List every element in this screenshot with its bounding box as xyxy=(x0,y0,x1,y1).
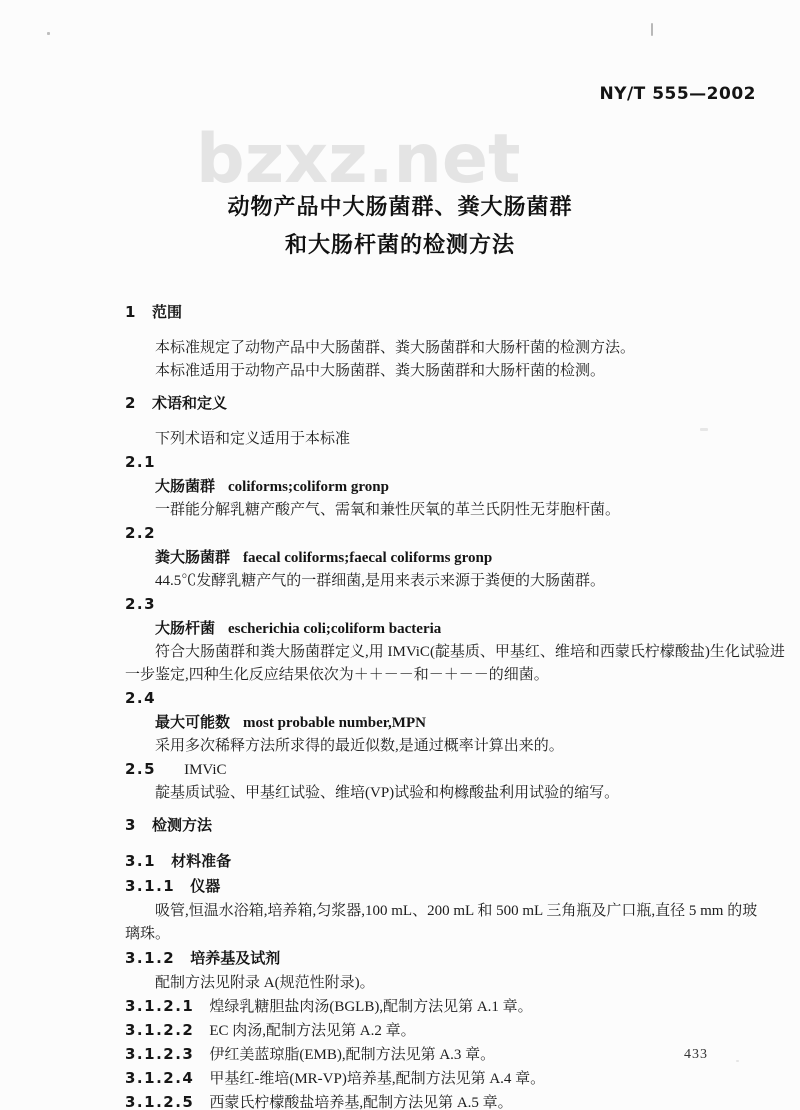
clause-item: 3.1.2.2EC 肉汤,配制方法见第 A.2 章。 xyxy=(125,1019,745,1043)
term-definition: 最大可能数most probable number,MPN xyxy=(125,711,745,735)
body-text: 一群能分解乳糖产酸产气、需氧和兼性厌氧的革兰氏阴性无芽胞杆菌。 xyxy=(155,502,620,518)
term-text: 最大可能数 xyxy=(155,713,230,731)
paragraph: 本标准适用于动物产品中大肠菌群、粪大肠菌群和大肠杆菌的检测。 xyxy=(125,360,745,383)
english-term-text: faecal coliforms;faecal coliforms gronp xyxy=(243,550,492,566)
body-text: 下列术语和定义适用于本标准 xyxy=(155,431,350,447)
clause-item: 3.1.2.4甲基红-维培(MR-VP)培养基,配制方法见第 A.4 章。 xyxy=(125,1067,745,1091)
paragraph: 本标准规定了动物产品中大肠菌群、粪大肠菌群和大肠杆菌的检测方法。 xyxy=(125,337,745,360)
body-text: 采用多次稀释方法所求得的最近似数,是通过概率计算出来的。 xyxy=(155,738,564,754)
page-number: 433 xyxy=(684,1047,708,1063)
scanned-document-page: NY/T 555—2002 bzxz.net 动物产品中大肠菌群、粪大肠菌群 和… xyxy=(0,0,800,1110)
chapter-heading: 1范围 xyxy=(125,301,745,325)
body-text: 符合大肠菌群和粪大肠菌群定义,用 IMViC(靛基质、甲基红、维培和西蒙氏柠檬酸… xyxy=(155,644,785,660)
term-text: 大肠菌群 xyxy=(155,477,215,495)
clause-number: 2.1 xyxy=(125,451,745,475)
clause-number-label: 3.1.2 xyxy=(125,949,175,967)
clause-number-label: 3.1.2.3 xyxy=(125,1045,194,1063)
paragraph-continuation: 璃珠。 xyxy=(125,923,745,946)
chapter-heading: 2术语和定义 xyxy=(125,392,745,416)
clause-number: 2.4 xyxy=(125,687,745,711)
paragraph: 吸管,恒温水浴箱,培养箱,匀浆器,100 mL、200 mL 和 500 mL … xyxy=(125,900,745,923)
body-text: 甲基红-维培(MR-VP)培养基,配制方法见第 A.4 章。 xyxy=(209,1071,545,1087)
document-title-line-2: 和大肠杆菌的检测方法 xyxy=(0,227,800,265)
watermark: bzxz.net xyxy=(196,126,521,194)
term-text: 大肠杆菌 xyxy=(155,619,215,637)
clause-heading: 2.5IMViC xyxy=(125,758,745,782)
paragraph: 符合大肠菌群和粪大肠菌群定义,用 IMViC(靛基质、甲基红、维培和西蒙氏柠檬酸… xyxy=(125,641,745,664)
clause-number-label: 2.1 xyxy=(125,453,156,471)
scan-speck xyxy=(651,23,653,36)
subclause-heading: 3.1材料准备 xyxy=(125,850,745,874)
term-definition: 大肠杆菌escherichia coli;coliform bacteria xyxy=(125,617,745,641)
chapter-heading: 3检测方法 xyxy=(125,814,745,838)
clause-item: 3.1.2.5西蒙氏柠檬酸盐培养基,配制方法见第 A.5 章。 xyxy=(125,1091,745,1110)
clause-number-label: 2.5 xyxy=(125,760,156,778)
body-text: 靛基质试验、甲基红试验、维培(VP)试验和枸橼酸盐利用试验的缩写。 xyxy=(155,785,619,801)
clause-item: 3.1.2.3伊红美蓝琼脂(EMB),配制方法见第 A.3 章。 xyxy=(125,1043,745,1067)
clause-number-label: 2.4 xyxy=(125,689,156,707)
term-definition: 粪大肠菌群faecal coliforms;faecal coliforms g… xyxy=(125,546,745,570)
clause-number-label: 2 xyxy=(125,394,137,412)
body-text: 配制方法见附录 A(规范性附录)。 xyxy=(155,975,375,991)
standard-number: NY/T 555—2002 xyxy=(599,84,756,104)
paragraph: 配制方法见附录 A(规范性附录)。 xyxy=(125,972,745,995)
clause-number-label: 3.1.2.5 xyxy=(125,1093,194,1110)
english-term-text: escherichia coli;coliform bacteria xyxy=(228,621,441,637)
paragraph: 靛基质试验、甲基红试验、维培(VP)试验和枸橼酸盐利用试验的缩写。 xyxy=(125,782,745,805)
body-text: 一步鉴定,四种生化反应结果依次为＋＋－－和－＋－－的细菌。 xyxy=(125,667,549,683)
english-term-text: most probable number,MPN xyxy=(243,715,426,731)
term-text: 粪大肠菌群 xyxy=(155,548,230,566)
clause-item: 3.1.2.1煌绿乳糖胆盐肉汤(BGLB),配制方法见第 A.1 章。 xyxy=(125,995,745,1019)
paragraph-continuation: 一步鉴定,四种生化反应结果依次为＋＋－－和－＋－－的细菌。 xyxy=(125,664,745,687)
clause-number-label: 1 xyxy=(125,303,137,321)
clause-number-label: 3.1.2.1 xyxy=(125,997,194,1015)
heading-text: 仪器 xyxy=(190,877,220,895)
clause-number-label: 3.1 xyxy=(125,852,156,870)
body-text: 煌绿乳糖胆盐肉汤(BGLB),配制方法见第 A.1 章。 xyxy=(209,999,532,1015)
clause-number-label: 3.1.1 xyxy=(125,877,175,895)
body-text: 西蒙氏柠檬酸盐培养基,配制方法见第 A.5 章。 xyxy=(209,1095,512,1110)
english-term-text: coliforms;coliform gronp xyxy=(228,479,389,495)
paragraph: 下列术语和定义适用于本标准 xyxy=(125,428,745,451)
body-text: 伊红美蓝琼脂(EMB),配制方法见第 A.3 章。 xyxy=(209,1047,495,1063)
body-text: EC 肉汤,配制方法见第 A.2 章。 xyxy=(209,1023,415,1039)
body-text: 本标准适用于动物产品中大肠菌群、粪大肠菌群和大肠杆菌的检测。 xyxy=(155,363,605,379)
body-text: 璃珠。 xyxy=(125,926,170,942)
heading-text: 材料准备 xyxy=(171,852,231,870)
term-definition: 大肠菌群coliforms;coliform gronp xyxy=(125,475,745,499)
subclause-heading: 3.1.1仪器 xyxy=(125,875,745,899)
subclause-heading: 3.1.2培养基及试剂 xyxy=(125,947,745,971)
clause-number-label: 3.1.2.4 xyxy=(125,1069,194,1087)
heading-text: 术语和定义 xyxy=(152,394,227,412)
heading-text: 培养基及试剂 xyxy=(190,949,280,967)
document-title: 动物产品中大肠菌群、粪大肠菌群 和大肠杆菌的检测方法 xyxy=(0,189,800,265)
document-title-line-1: 动物产品中大肠菌群、粪大肠菌群 xyxy=(0,189,800,227)
body-text: 吸管,恒温水浴箱,培养箱,匀浆器,100 mL、200 mL 和 500 mL … xyxy=(155,903,757,919)
clause-number-label: 2.2 xyxy=(125,524,156,542)
paragraph: 44.5℃发酵乳糖产气的一群细菌,是用来表示来源于粪便的大肠菌群。 xyxy=(125,570,745,593)
body-text: 本标准规定了动物产品中大肠菌群、粪大肠菌群和大肠杆菌的检测方法。 xyxy=(155,340,635,356)
clause-number-label: 3 xyxy=(125,816,137,834)
clause-number-label: 2.3 xyxy=(125,595,156,613)
heading-text: 检测方法 xyxy=(152,816,212,834)
scan-speck xyxy=(47,32,50,35)
document-body: 1范围本标准规定了动物产品中大肠菌群、粪大肠菌群和大肠杆菌的检测方法。本标准适用… xyxy=(125,292,745,1110)
clause-number: 2.2 xyxy=(125,522,745,546)
paragraph: 采用多次稀释方法所求得的最近似数,是通过概率计算出来的。 xyxy=(125,735,745,758)
clause-number: 2.3 xyxy=(125,593,745,617)
body-text: 44.5℃发酵乳糖产气的一群细菌,是用来表示来源于粪便的大肠菌群。 xyxy=(155,573,605,589)
paragraph: 一群能分解乳糖产酸产气、需氧和兼性厌氧的革兰氏阴性无芽胞杆菌。 xyxy=(125,499,745,522)
english-term-text: IMViC xyxy=(184,762,226,778)
heading-text: 范围 xyxy=(152,303,182,321)
clause-number-label: 3.1.2.2 xyxy=(125,1021,194,1039)
